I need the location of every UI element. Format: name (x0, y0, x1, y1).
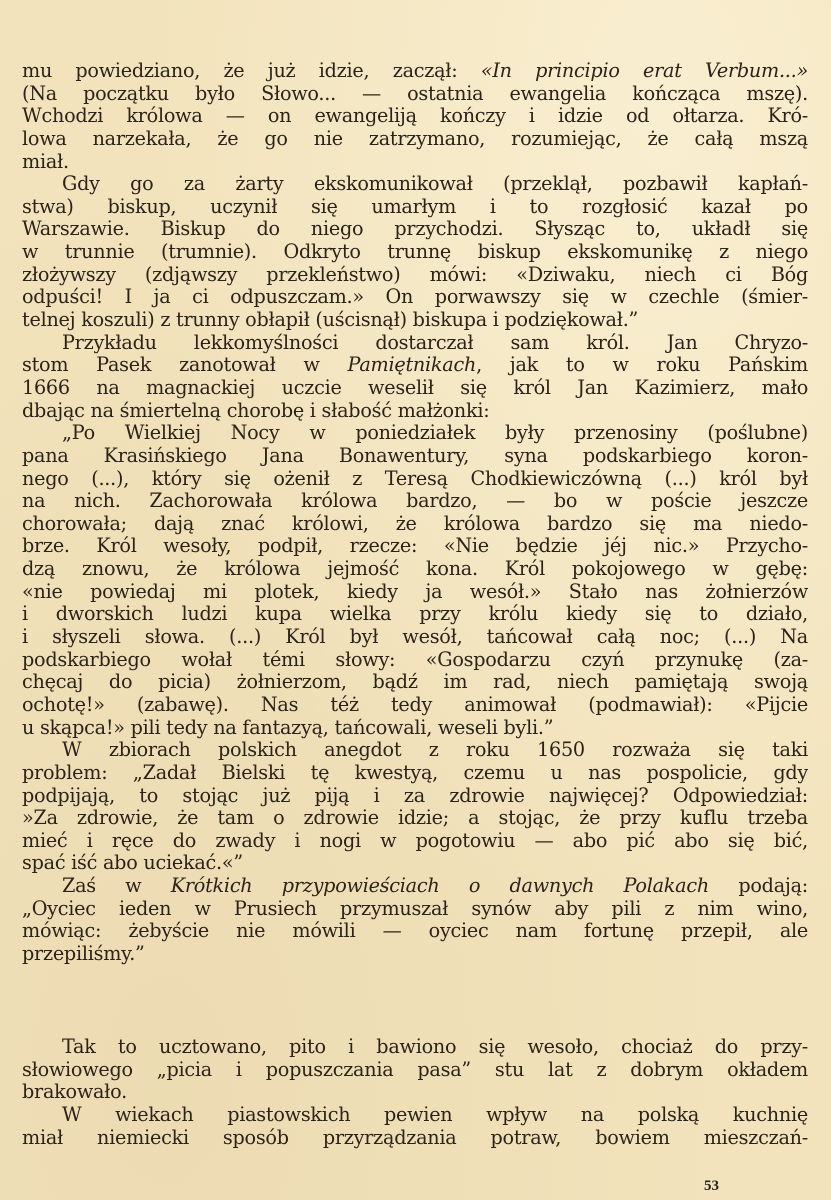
text-line: spać iść abo uciekać.«” (22, 852, 808, 875)
paragraph-start-line: Zaś w Krótkich przypowieściach o dawnych… (22, 875, 808, 898)
paragraph-start-line: Gdy go za żarty ekskomunikował (przeklął… (22, 173, 808, 196)
text-line: „Oyciec ieden w Prusiech przymuszał synó… (22, 898, 808, 921)
text-line: na nich. Zachorowała królowa bardzo, — b… (22, 490, 808, 513)
text-line: mu powiedziano, że już idzie, zaczął: «I… (22, 60, 808, 83)
body-text-section-1: mu powiedziano, że już idzie, zaczął: «I… (22, 60, 808, 966)
text-line: w trunnie (trumnie). Odkryto trunnę bisk… (22, 241, 808, 264)
text-line: chęcaj do picia) żołnierzom, bądź im rad… (22, 671, 808, 694)
text-line: i słyszeli słowa. (...) Król był wesół, … (22, 626, 808, 649)
page-number: 53 (704, 1178, 719, 1195)
book-title-przypowiesci: Krótkich przypowieściach o dawnych Polak… (171, 875, 709, 897)
text-line: odpuści! I ja ci odpuszczam.» On porwaws… (22, 286, 808, 309)
text-line: przepiliśmy.” (22, 943, 808, 966)
text-line: stom Pasek zanotował w Pamiętnikach, jak… (22, 354, 808, 377)
book-page: mu powiedziano, że już idzie, zaczął: «I… (0, 0, 831, 1200)
text-line: brakowało. (22, 1081, 808, 1104)
book-title-pamietniki: Pamiętnikach (348, 354, 477, 376)
text-line: złożywszy (zdjąwszy przekleństwo) mówi: … (22, 264, 808, 287)
text-line: Wchodzi królowa — on ewangeliją kończy i… (22, 105, 808, 128)
text-line: ochotę!» (zabawę). Nas téż tedy animował… (22, 694, 808, 717)
body-text-section-2: Tak to ucztowano, pito i bawiono się wes… (22, 1036, 808, 1149)
text-line: chorowała; dają znać królowi, że królowa… (22, 513, 808, 536)
paragraph-start-line: W zbiorach polskich anegdot z roku 1650 … (22, 739, 808, 762)
text-line: pana Krasińskiego Jana Bonawentury, syna… (22, 445, 808, 468)
text-line: i dworskich ludzi kupa wielka przy królu… (22, 603, 808, 626)
paragraph-start-line: Przykładu lekkomyślności dostarczał sam … (22, 332, 808, 355)
text-line: «nie powiedaj mi plotek, kiedy ja wesół.… (22, 581, 808, 604)
quote-start-line: „Po Wielkiej Nocy w poniedziałek były pr… (22, 422, 808, 445)
text-line: (Na początku było Słowo... — ostatnia ew… (22, 83, 808, 106)
text-line: słowiowego „picia i popuszczania pasa” s… (22, 1059, 808, 1082)
text-line: mieć i ręce do zwady i nogi w pogotowiu … (22, 830, 808, 853)
text-line: podskarbiego wołał témi słowy: «Gospodar… (22, 649, 808, 672)
text-line: u skąpca!» pili tedy na fantazyą, tańcow… (22, 717, 808, 740)
text-line: telnej koszuli) z trunny obłapił (uścisn… (22, 309, 808, 332)
text-line: miał niemiecki sposób przyrządzania potr… (22, 1127, 808, 1150)
paragraph-start-line: Tak to ucztowano, pito i bawiono się wes… (22, 1036, 808, 1059)
text-line: podpijają, to stojąc już piją i za zdrow… (22, 785, 808, 808)
text-line: dbając na śmiertelną chorobę i słabość m… (22, 400, 808, 423)
text-line: lowa narzekała, że go nie zatrzymano, ro… (22, 128, 808, 151)
text-line: problem: „Zadał Bielski tę kwestyą, czem… (22, 762, 808, 785)
text-line: stwa) biskup, uczynił się umarłym i to r… (22, 196, 808, 219)
paragraph-start-line: W wiekach piastowskich pewien wpływ na p… (22, 1104, 808, 1127)
text-line: »Za zdrowie, że tam o zdrowie idzie; a s… (22, 807, 808, 830)
text-line: mówiąc: żebyście nie mówili — oyciec nam… (22, 920, 808, 943)
text-line: dzą znowu, że królowa jejmość kona. Król… (22, 558, 808, 581)
text-line: miał. (22, 151, 808, 174)
latin-quote: «In principio erat Verbum...» (481, 60, 808, 82)
text-line: 1666 na magnackiej uczcie weselił się kr… (22, 377, 808, 400)
text-line: nego (...), który się ożenił z Teresą Ch… (22, 468, 808, 491)
text-line: brze. Król wesoły, podpił, rzecze: «Nie … (22, 535, 808, 558)
text-line: Warszawie. Biskup do niego przychodzi. S… (22, 218, 808, 241)
